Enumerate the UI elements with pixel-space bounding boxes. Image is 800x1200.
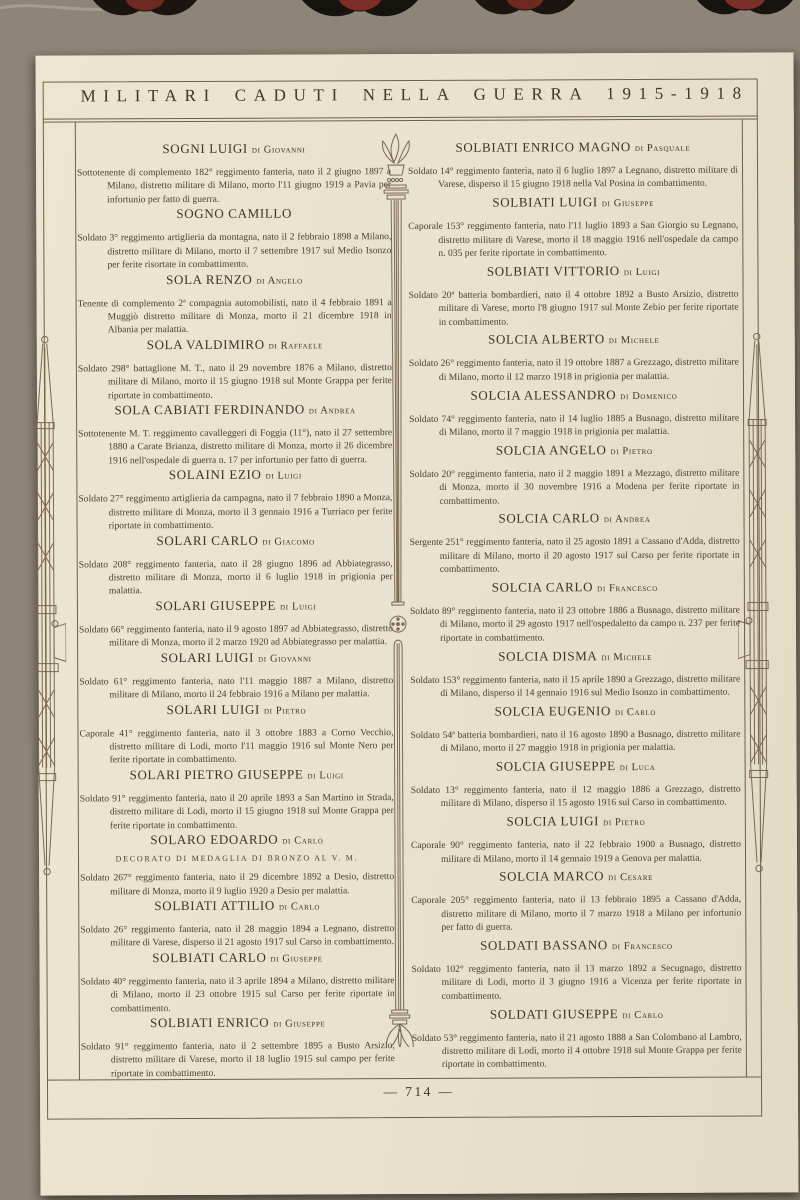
soldier-surname-name: SOLBIATI ATTILIO — [154, 898, 275, 914]
soldier-patronymic: di Giuseppe — [602, 198, 654, 209]
soldier-patronymic: di Pietro — [264, 705, 306, 716]
soldier-surname-name: SOLCIA CARLO — [498, 511, 599, 526]
soldier-surname-name: SOLCIA DISMA — [498, 648, 597, 663]
soldier-entry: SOLBIATI ENRICOdi Giuseppe Soldato 91° r… — [81, 1014, 395, 1081]
soldier-name-heading: SOLARO EDOARDOdi Carlo — [80, 831, 394, 848]
soldier-surname-name: SOLCIA ALESSANDRO — [470, 387, 616, 403]
soldier-name-heading: SOLA RENZOdi Angelo — [77, 271, 391, 288]
soldier-entry: SOLDATI BASSANOdi Francesco Soldato 102°… — [411, 937, 741, 1004]
soldier-name-heading: SOLARI CARLOdi Giacomo — [79, 532, 393, 549]
soldier-entry: SOLCIA CARLOdi Andrea Sergente 251° regg… — [410, 510, 740, 577]
soldier-entry: SOLCIA CARLOdi Francesco Soldato 89° reg… — [410, 579, 740, 646]
soldier-record: Caporale 90° reggimento fanteria, nato i… — [411, 838, 741, 866]
soldier-surname-name: SOLAINI EZIO — [169, 467, 262, 482]
soldier-name-heading: SOLCIA ANGELOdi Pietro — [409, 441, 739, 458]
soldier-name-heading: SOLCIA MARCOdi Cesare — [411, 868, 741, 885]
soldier-patronymic: di Giuseppe — [270, 953, 322, 964]
soldier-surname-name: SOLA CABIATI FERDINANDO — [114, 402, 305, 418]
soldier-record: Soldato 20ª batteria bombardieri, nato i… — [409, 287, 739, 329]
soldier-patronymic: di Andrea — [309, 405, 356, 416]
soldier-entry: SOLBIATI VITTORIOdi Luigi Soldato 20ª ba… — [408, 262, 738, 329]
soldier-name-heading: SOGNO CAMILLO — [77, 205, 391, 222]
soldier-entry: SOLARO EDOARDOdi Carlo DECORATO DI MEDAG… — [80, 831, 394, 898]
soldier-record: Tenente di complemento 2ª compagnia auto… — [78, 296, 392, 338]
soldier-surname-name: SOLCIA MARCO — [499, 869, 604, 884]
soldier-name-heading: SOLARI LUIGIdi Pietro — [79, 701, 393, 718]
soldier-surname-name: SOLCIA EUGENIO — [495, 703, 611, 719]
soldier-entry: SOLCIA ANGELOdi Pietro Soldato 20° reggi… — [409, 441, 739, 508]
soldier-patronymic: di Andrea — [604, 514, 651, 525]
soldier-entry: SOGNO CAMILLO Soldato 3° reggimento arti… — [77, 205, 391, 272]
soldier-surname-name: SOLA VALDIMIRO — [147, 336, 265, 352]
soldier-surname-name: SOLARI LUIGI — [161, 649, 254, 664]
soldier-record: Soldato 66° reggimento fanteria, nato il… — [79, 622, 393, 650]
soldier-patronymic: di Domenico — [620, 390, 677, 401]
soldier-surname-name: SOGNI LUIGI — [162, 141, 248, 156]
soldier-record: Soldato 91° reggimento fanteria, nato il… — [80, 791, 394, 833]
soldier-surname-name: SOLBIATI ENRICO MAGNO — [455, 139, 631, 155]
soldier-entry: SOLBIATI ATTILIOdi Carlo Soldato 26° reg… — [80, 897, 394, 950]
soldier-surname-name: SOLCIA GIUSEPPE — [496, 758, 616, 774]
soldier-patronymic: di Carlo — [615, 707, 656, 718]
soldier-name-heading: SOLARI GIUSEPPEdi Luigi — [79, 597, 393, 614]
soldier-entry: SOLARI PIETRO GIUSEPPEdi Luigi Soldato 9… — [80, 766, 394, 833]
soldier-entry: SOLARI GIUSEPPEdi Luigi Soldato 66° regg… — [79, 597, 393, 650]
soldier-entry: SOLARI CARLOdi Giacomo Soldato 208° regg… — [79, 532, 393, 599]
soldier-patronymic: di Pietro — [610, 446, 652, 457]
soldier-patronymic: di Carlo — [282, 835, 323, 846]
soldier-patronymic: di Raffaele — [269, 340, 323, 351]
soldier-record: Soldato 3° reggimento artiglieria da mon… — [77, 230, 391, 272]
soldier-record: Soldato 40° reggimento fanteria, nato il… — [81, 974, 395, 1016]
soldier-surname-name: SOLCIA ALBERTO — [488, 332, 605, 348]
soldier-record: Soldato 61° reggimento fanteria, nato l'… — [79, 674, 393, 702]
soldier-patronymic: di Francesco — [612, 941, 673, 952]
soldier-patronymic: di Michele — [609, 335, 660, 346]
left-column: SOGNI LUIGIdi Giovanni Sottotenente di c… — [77, 140, 395, 1073]
soldier-entry: SOLBIATI ENRICO MAGNOdi Pasquale Soldato… — [408, 139, 738, 192]
soldier-name-heading: SOLARI LUIGIdi Giovanni — [79, 649, 393, 666]
soldier-name-heading: SOLCIA ALESSANDROdi Domenico — [409, 386, 739, 403]
soldier-entry: SOLCIA ALESSANDROdi Domenico Soldato 74°… — [409, 386, 739, 439]
soldier-surname-name: SOLCIA LUIGI — [506, 813, 599, 828]
fasces-left-icon — [25, 328, 67, 888]
soldier-entry: SOLDATI GIUSEPPEdi Carlo Soldato 53° reg… — [412, 1005, 742, 1072]
soldier-surname-name: SOLARI CARLO — [156, 532, 258, 547]
soldier-record: Soldato 102° reggimento fanteria, nato i… — [411, 962, 741, 1004]
soldier-record: Soldato 26° reggimento fanteria, nato il… — [409, 356, 739, 384]
soldier-patronymic: di Luigi — [624, 267, 660, 278]
soldier-record: Soldato 13° reggimento fanteria, nato il… — [411, 783, 741, 811]
soldier-patronymic: di Luigi — [280, 601, 316, 612]
soldier-record: Soldato 26° reggimento fanteria, nato il… — [80, 922, 394, 950]
soldier-patronymic: di Luca — [620, 762, 656, 773]
soldier-record: Soldato 208° reggimento fanteria, nato i… — [79, 557, 393, 599]
soldier-record: Soldato 74° reggimento fanteria, nato il… — [409, 411, 739, 439]
soldier-surname-name: SOLBIATI LUIGI — [492, 194, 598, 209]
soldier-entry: SOLA CABIATI FERDINANDOdi Andrea Sottote… — [78, 401, 392, 468]
soldier-entry: SOLA RENZOdi Angelo Tenente di complemen… — [77, 271, 391, 338]
soldier-record: Sergente 251° reggimento fanteria, nato … — [410, 535, 740, 577]
soldier-name-heading: SOLCIA CARLOdi Andrea — [410, 510, 740, 527]
soldier-name-heading: SOLBIATI CARLOdi Giuseppe — [80, 949, 394, 966]
soldier-entry: SOLCIA MARCOdi Cesare Caporale 205° regg… — [411, 868, 741, 935]
soldier-name-heading: SOLARI PIETRO GIUSEPPEdi Luigi — [80, 766, 394, 783]
soldier-name-heading: SOLCIA LUIGIdi Pietro — [411, 813, 741, 830]
soldier-surname-name: SOLARI LUIGI — [167, 701, 260, 716]
soldier-entry: SOLA VALDIMIROdi Raffaele Soldato 298° b… — [78, 336, 392, 403]
soldier-surname-name: SOLA RENZO — [166, 271, 252, 286]
soldier-record: Soldato 298° battaglione M. T., nato il … — [78, 361, 392, 403]
soldier-surname-name: SOLCIA ANGELO — [496, 442, 607, 457]
soldier-entry: SOLCIA DISMAdi Michele Soldato 153° regg… — [410, 647, 740, 700]
soldier-record: Soldato 53° reggimento fanteria, nato il… — [412, 1030, 742, 1072]
soldier-entry: SOLCIA EUGENIOdi Carlo Soldato 54ª batte… — [410, 702, 740, 755]
soldier-entry: SOLBIATI CARLOdi Giuseppe Soldato 40° re… — [80, 949, 394, 1016]
soldier-record: Soldato 89° reggimento fanteria, nato il… — [410, 604, 740, 646]
soldier-record: Soldato 14° reggimento fanteria, nato il… — [408, 164, 738, 192]
soldier-patronymic: di Angelo — [256, 275, 302, 286]
soldier-record: Soldato 267° reggimento fanteria, nato i… — [80, 870, 394, 898]
photo-background: MILITARI CADUTI NELLA GUERRA 1915-1918 — [0, 0, 800, 1200]
soldier-name-heading: SOLDATI GIUSEPPEdi Carlo — [412, 1005, 742, 1022]
soldier-name-heading: SOLA VALDIMIROdi Raffaele — [78, 336, 392, 353]
soldier-name-heading: SOLCIA CARLOdi Francesco — [410, 579, 740, 596]
soldier-name-heading: SOLBIATI VITTORIOdi Luigi — [408, 262, 738, 279]
soldier-name-heading: SOLBIATI ENRICO MAGNOdi Pasquale — [408, 139, 738, 156]
book-page: MILITARI CADUTI NELLA GUERRA 1915-1918 — [36, 52, 799, 1195]
soldier-name-heading: SOLBIATI ATTILIOdi Carlo — [80, 897, 394, 914]
soldier-record: Soldato 54ª batteria bombardieri, nato i… — [410, 727, 740, 755]
soldier-record: Soldato 91° reggimento fanteria, nato il… — [81, 1039, 395, 1081]
soldier-patronymic: di Carlo — [279, 901, 320, 912]
frame-finials-icon — [0, 0, 800, 24]
soldier-surname-name: SOLBIATI ENRICO — [150, 1015, 269, 1031]
soldier-entry: SOLCIA LUIGIdi Pietro Caporale 90° reggi… — [411, 813, 741, 866]
soldier-name-heading: SOLBIATI ENRICOdi Giuseppe — [81, 1014, 395, 1031]
soldier-patronymic: di Cesare — [608, 872, 653, 883]
soldier-patronymic: di Giovanni — [252, 144, 306, 155]
soldier-entry: SOLARI LUIGIdi Giovanni Soldato 61° regg… — [79, 649, 393, 702]
soldier-patronymic: di Giovanni — [258, 653, 312, 664]
soldier-name-heading: SOLCIA ALBERTOdi Michele — [409, 331, 739, 348]
soldier-entry: SOLARI LUIGIdi Pietro Caporale 41° reggi… — [79, 701, 393, 768]
soldier-entry: SOLCIA GIUSEPPEdi Luca Soldato 13° reggi… — [411, 758, 741, 811]
soldier-name-heading: SOLDATI BASSANOdi Francesco — [411, 937, 741, 954]
fasces-right-icon — [737, 324, 779, 884]
soldier-patronymic: di Pasquale — [635, 143, 691, 154]
soldier-name-heading: SOLCIA EUGENIOdi Carlo — [410, 702, 740, 719]
soldier-surname-name: SOLARO EDOARDO — [150, 832, 278, 848]
soldier-entry: SOGNI LUIGIdi Giovanni Sottotenente di c… — [77, 140, 391, 207]
page-number: — 714 — — [40, 1082, 798, 1101]
soldier-entry: SOLCIA ALBERTOdi Michele Soldato 26° reg… — [409, 331, 739, 384]
soldier-surname-name: SOLBIATI VITTORIO — [487, 263, 620, 279]
soldier-name-heading: SOLA CABIATI FERDINANDOdi Andrea — [78, 401, 392, 418]
soldier-record: Soldato 153° reggimento fanteria, nato i… — [410, 672, 740, 700]
soldier-record: Sottotenente M. T. reggimento cavallegge… — [78, 426, 392, 468]
soldier-record: Caporale 205° reggimento fanteria, nato … — [411, 893, 741, 935]
soldier-name-heading: SOLCIA DISMAdi Michele — [410, 647, 740, 664]
soldier-entry: SOLAINI EZIOdi Luigi Soldato 27° reggime… — [78, 466, 392, 533]
soldier-name-heading: SOLAINI EZIOdi Luigi — [78, 466, 392, 483]
soldier-patronymic: di Pietro — [603, 817, 645, 828]
decoration-note: DECORATO DI MEDAGLIA DI BRONZO AL V. M. — [80, 853, 394, 863]
soldier-record: Caporale 41° reggimento fanteria, nato i… — [79, 726, 393, 768]
soldier-surname-name: SOLBIATI CARLO — [152, 949, 266, 964]
soldier-patronymic: di Luigi — [307, 770, 343, 781]
soldier-record: Sottotenente di complemento 182° reggime… — [77, 165, 391, 207]
soldier-patronymic: di Luigi — [266, 471, 302, 482]
soldier-record: Caporale 153° reggimento fanteria, nato … — [408, 219, 738, 261]
page-title: MILITARI CADUTI NELLA GUERRA 1915-1918 — [36, 83, 794, 106]
soldier-entry: SOLBIATI LUIGIdi Giuseppe Caporale 153° … — [408, 194, 738, 261]
soldier-patronymic: di Francesco — [597, 583, 658, 594]
soldier-patronymic: di Giuseppe — [273, 1018, 325, 1029]
soldier-surname-name: SOGNO CAMILLO — [176, 206, 292, 222]
soldier-record: Soldato 27° reggimento artiglieria da ca… — [78, 491, 392, 533]
soldier-patronymic: di Giacomo — [262, 536, 314, 547]
right-column: SOLBIATI ENRICO MAGNOdi Pasquale Soldato… — [408, 139, 742, 1072]
soldier-patronymic: di Michele — [601, 652, 652, 663]
soldier-surname-name: SOLARI PIETRO GIUSEPPE — [130, 766, 304, 782]
soldier-patronymic: di Carlo — [622, 1010, 663, 1021]
soldier-surname-name: SOLDATI BASSANO — [480, 937, 608, 953]
soldier-name-heading: SOGNI LUIGIdi Giovanni — [77, 140, 391, 157]
soldier-surname-name: SOLDATI GIUSEPPE — [490, 1006, 619, 1022]
soldier-record: Soldato 20° reggimento fanteria, nato il… — [409, 466, 739, 508]
soldier-name-heading: SOLCIA GIUSEPPEdi Luca — [411, 758, 741, 775]
soldier-surname-name: SOLARI GIUSEPPE — [155, 597, 276, 613]
soldier-surname-name: SOLCIA CARLO — [492, 579, 593, 594]
soldier-name-heading: SOLBIATI LUIGIdi Giuseppe — [408, 194, 738, 211]
